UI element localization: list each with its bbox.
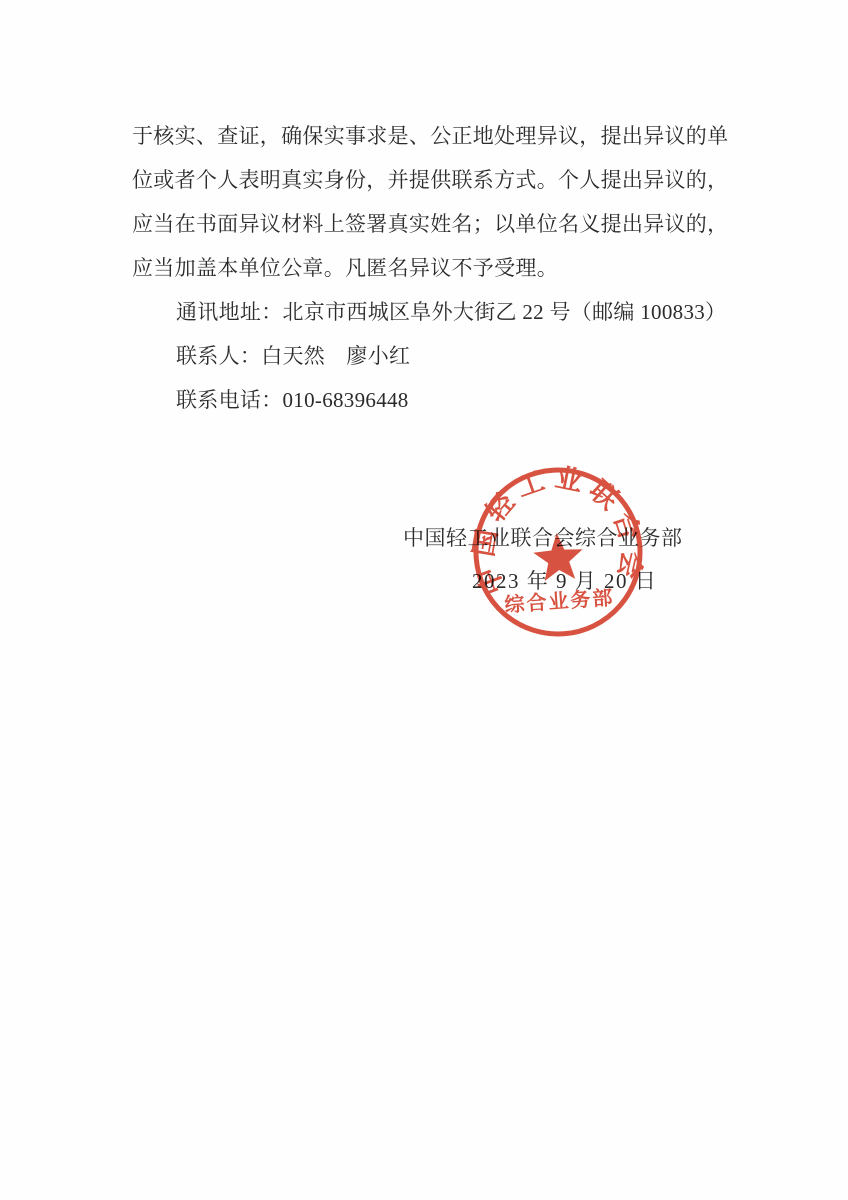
paragraph-line-3: 应当在书面异议材料上签署真实姓名；以单位名义提出异议的， [132,202,752,246]
paragraph-line-1: 于核实、查证，确保实事求是、公正地处理异议，提出异议的单 [132,114,752,158]
svg-text:中国轻工业联合会: 中国轻工业联合会 [462,456,651,599]
paragraph-line-2: 位或者个人表明真实身份，并提供联系方式。个人提出异议的， [132,158,752,202]
body-text: 于核实、查证，确保实事求是、公正地处理异议，提出异议的单 位或者个人表明真实身份… [132,114,752,422]
seal-bottom-text: 综合业务部 [504,585,615,617]
seal-arc-text: 中国轻工业联合会 [462,456,651,599]
contact-line-address: 通讯地址：北京市西城区阜外大街乙 22 号（邮编 100833） [132,290,752,334]
seal-star-icon [532,531,585,581]
contact-line-person: 联系人：白天然 廖小红 [132,334,752,378]
paragraph-line-4: 应当加盖本单位公章。凡匿名异议不予受理。 [132,246,752,290]
contact-line-phone: 联系电话：010-68396448 [132,378,752,422]
document-page: 于核实、查证，确保实事求是、公正地处理异议，提出异议的单 位或者个人表明真实身份… [0,0,848,1200]
official-seal: 中国轻工业联合会 综合业务部 [462,456,654,648]
